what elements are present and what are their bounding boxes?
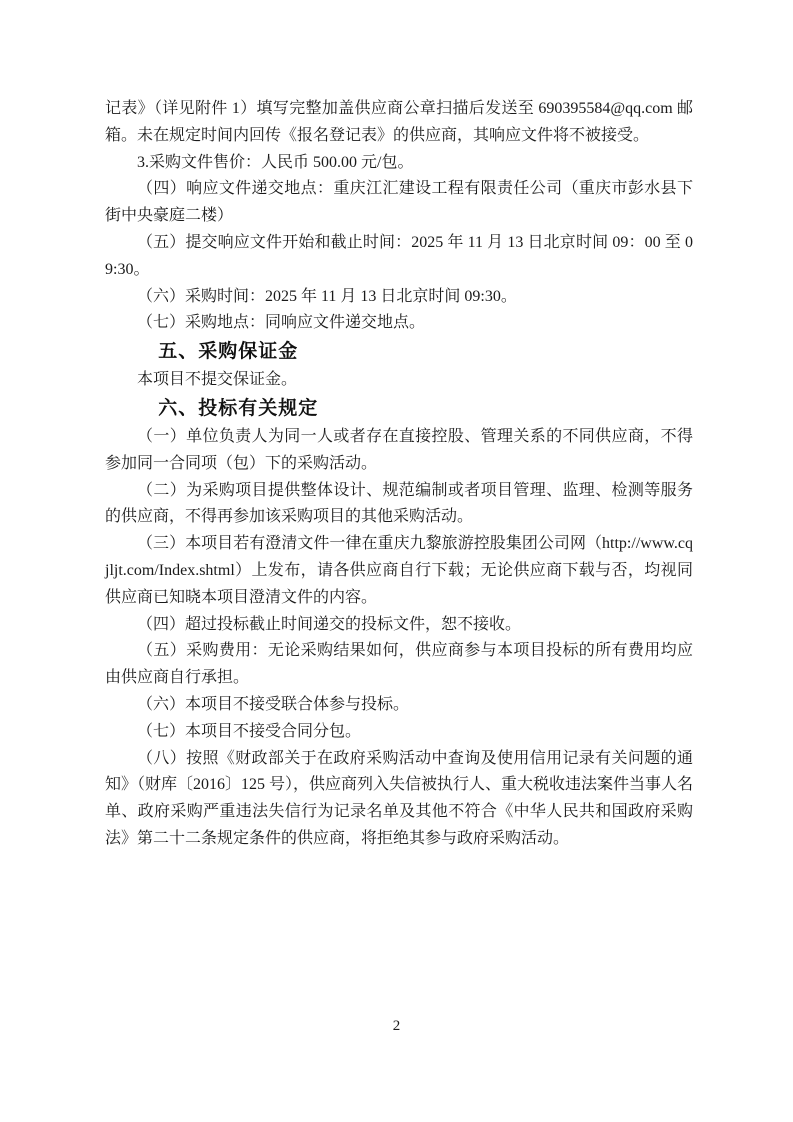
paragraph-rule-3-clarification-website: （三）本项目若有澄清文件一律在重庆九黎旅游控股集团公司网（http://www.…	[105, 531, 693, 611]
paragraph-rule-7-no-subcontract: （七）本项目不接受合同分包。	[105, 719, 693, 746]
paragraph-rule-8-credit-records: （八）按照《财政部关于在政府采购活动中查询及使用信用记录有关问题的通知》（财库〔…	[105, 746, 693, 853]
paragraph-rule-1-same-responsible-person: （一）单位负责人为同一人或者存在直接控股、管理关系的不同供应商，不得参加同一合同…	[105, 424, 693, 478]
paragraph-submission-time: （五）提交响应文件开始和截止时间：2025 年 11 月 13 日北京时间 09…	[105, 230, 693, 284]
paragraph-procurement-time: （六）采购时间：2025 年 11 月 13 日北京时间 09:30。	[105, 284, 693, 311]
paragraph-rule-5-costs: （五）采购费用：无论采购结果如何，供应商参与本项目投标的所有费用均应由供应商自行…	[105, 638, 693, 692]
heading-section-6-bidding-rules: 六、投标有关规定	[105, 394, 693, 424]
paragraph-procurement-place: （七）采购地点：同响应文件递交地点。	[105, 310, 693, 337]
paragraph-rule-4-late-submission: （四）超过投标截止时间递交的投标文件，恕不接收。	[105, 612, 693, 639]
paragraph-submission-location: （四）响应文件递交地点：重庆江汇建设工程有限责任公司（重庆市彭水县下街中央豪庭二…	[105, 176, 693, 230]
paragraph-registration-form-continuation: 记表》（详见附件 1）填写完整加盖供应商公章扫描后发送至 690395584@q…	[105, 96, 693, 150]
heading-section-5-deposit: 五、采购保证金	[105, 337, 693, 367]
paragraph-rule-6-no-consortium: （六）本项目不接受联合体参与投标。	[105, 692, 693, 719]
document-body: 记表》（详见附件 1）填写完整加盖供应商公章扫描后发送至 690395584@q…	[105, 96, 693, 853]
paragraph-rule-2-design-service-supplier: （二）为采购项目提供整体设计、规范编制或者项目管理、监理、检测等服务的供应商，不…	[105, 478, 693, 532]
document-page: 记表》（详见附件 1）填写完整加盖供应商公章扫描后发送至 690395584@q…	[0, 0, 793, 1122]
paragraph-no-deposit: 本项目不提交保证金。	[105, 367, 693, 394]
page-number: 2	[0, 1016, 793, 1036]
paragraph-document-price: 3.采购文件售价：人民币 500.00 元/包。	[105, 150, 693, 177]
